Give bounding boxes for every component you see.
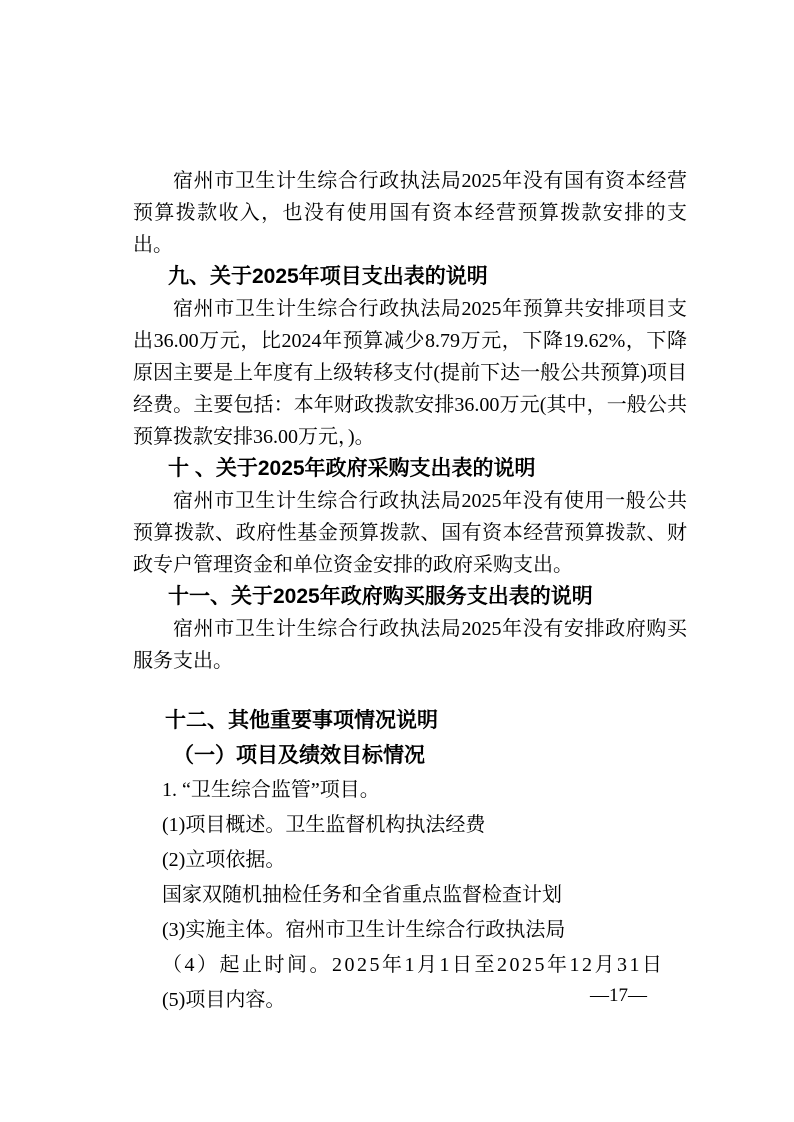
paragraph-state-capital-budget: 宿州市卫生计生综合行政执法局2025年没有国有资本经营预算拨款收入，也没有使用国… xyxy=(133,165,687,261)
paragraph-section-11: 宿州市卫生计生综合行政执法局2025年没有安排政府购买服务支出。 xyxy=(133,613,687,677)
list-item-1-overview: (1)项目概述。卫生监督机构执法经费 xyxy=(133,808,687,843)
paragraph-section-9: 宿州市卫生计生综合行政执法局2025年预算共安排项目支出36.00万元，比202… xyxy=(133,293,687,453)
page-number: —17— xyxy=(590,985,647,1007)
document-page: 宿州市卫生计生综合行政执法局2025年没有国有资本经营预算拨款收入，也没有使用国… xyxy=(0,0,794,1122)
list-item-2-basis-detail: 国家双随机抽检任务和全省重点监督检查计划 xyxy=(133,878,687,913)
list-item-3-implementer: (3)实施主体。宿州市卫生计生综合行政执法局 xyxy=(133,913,687,948)
paragraph-section-10: 宿州市卫生计生综合行政执法局2025年没有使用一般公共预算拨款、政府性基金预算拨… xyxy=(133,485,687,581)
document-body: 宿州市卫生计生综合行政执法局2025年没有国有资本经营预算拨款收入，也没有使用国… xyxy=(133,165,687,1018)
heading-section-10-gov-procurement: 十 、关于2025年政府采购支出表的说明 xyxy=(133,453,687,485)
list-item-project-name: 1. “卫生综合监管”项目。 xyxy=(133,773,687,808)
heading-section-11-gov-purchased-services: 十一、关于2025年政府购买服务支出表的说明 xyxy=(133,581,687,613)
heading-section-12-other-matters: 十二、其他重要事项情况说明 xyxy=(133,703,687,738)
list-item-2-basis: (2)立项依据。 xyxy=(133,843,687,878)
list-item-4-duration: （4）起止时间。2025年1月1日至2025年12月31日 xyxy=(133,948,687,983)
heading-section-9-project-expenditure: 九、关于2025年项目支出表的说明 xyxy=(133,261,687,293)
heading-12-1-project-performance: （一）项目及绩效目标情况 xyxy=(133,738,687,773)
